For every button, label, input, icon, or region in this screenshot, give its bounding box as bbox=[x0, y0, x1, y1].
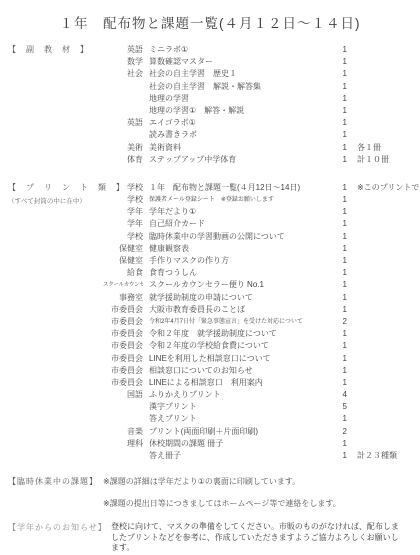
row-subject: 美術 bbox=[103, 142, 143, 154]
row-note bbox=[353, 129, 412, 141]
table-row: 市委員会令和2年4月7日付「緊急事態宣言」を受けた対応について2 bbox=[103, 316, 420, 328]
homework-note: ※課題の提出日等につきましてはホームページ等で連絡をします。 bbox=[103, 498, 341, 510]
table-row: 市委員会令和２年度 就学援助制度について1 bbox=[103, 328, 420, 340]
row-note bbox=[353, 105, 412, 117]
row-count: 1 bbox=[329, 105, 347, 117]
section-grade-notice: 【学年からのお知らせ】 登校に向けて、マスクの準備をしてください。市販のものがな… bbox=[8, 522, 412, 554]
row-item: LINEを利用した相談窓口について bbox=[149, 353, 323, 365]
row-note bbox=[353, 44, 412, 56]
table-row: 学校１年 配布物と課題一覧(４月12日～14日)1※このプリントです。 bbox=[103, 182, 420, 194]
row-item: 読み書きラボ bbox=[149, 129, 323, 141]
homework-notes: ※課題の詳細は学年だより①の裏面に印刷しています。 ※課題の提出日等につきまして… bbox=[103, 476, 341, 510]
row-subject: 社会 bbox=[103, 68, 143, 80]
row-subject: 学校 bbox=[103, 231, 143, 243]
row-subject: 事務室 bbox=[103, 292, 143, 304]
row-subject: 市委員会 bbox=[103, 316, 143, 328]
row-subject: 保健室 bbox=[103, 255, 143, 267]
row-note bbox=[353, 316, 420, 328]
row-count: 1 bbox=[329, 129, 347, 141]
row-note bbox=[353, 218, 420, 230]
row-item: 学年だより① bbox=[149, 206, 323, 218]
row-subject: 音楽 bbox=[103, 426, 143, 438]
row-item: 健康観察表 bbox=[149, 243, 323, 255]
row-item: 地理の学習① 解答・解説 bbox=[149, 105, 323, 117]
row-count: 1 bbox=[329, 44, 347, 56]
row-subject: 給食 bbox=[103, 267, 143, 279]
row-item: 保護者メール登録シート ※登録お願いします bbox=[149, 194, 323, 206]
row-item: 自己紹介カード bbox=[149, 218, 323, 230]
row-item: 算数確認マスター bbox=[149, 56, 323, 68]
table-row: 学校保護者メール登録シート ※登録お願いします1 bbox=[103, 194, 420, 206]
row-subject: 保健室 bbox=[103, 243, 143, 255]
row-item: 社会の自主学習 解説・解答集 bbox=[149, 81, 323, 93]
row-count: 1 bbox=[329, 154, 347, 166]
table-row: 市委員会大阪市教育委員長のことば1 bbox=[103, 304, 420, 316]
row-item: 令和２年度 就学援助制度について bbox=[149, 328, 323, 340]
row-subject: 数学 bbox=[103, 56, 143, 68]
row-note bbox=[353, 365, 420, 377]
row-item: スクールカウンセラー便り No.1 bbox=[149, 279, 323, 291]
row-count: 2 bbox=[329, 316, 347, 328]
row-item: 漢字プリント bbox=[149, 401, 323, 413]
row-item: 答え冊子 bbox=[149, 450, 323, 462]
row-item: 答えプリント bbox=[149, 413, 323, 425]
row-note bbox=[353, 292, 420, 304]
row-count: 1 bbox=[329, 304, 347, 316]
row-item: 相談窓口についてのお知らせ bbox=[149, 365, 323, 377]
row-count: 1 bbox=[329, 194, 347, 206]
table-row: 答え冊子1計２３種類 bbox=[103, 450, 420, 462]
row-count: 1 bbox=[329, 450, 347, 462]
section-label-column: 【臨時休業中の課題】 bbox=[8, 476, 103, 510]
table-row: 美術美術資料1各１冊 bbox=[103, 142, 412, 154]
row-subject: 英語 bbox=[103, 44, 143, 56]
row-note bbox=[353, 231, 420, 243]
row-count: 2 bbox=[329, 426, 347, 438]
row-note bbox=[353, 304, 420, 316]
row-note bbox=[353, 353, 420, 365]
row-item: 就学援助制度の申請について bbox=[149, 292, 323, 304]
supplementary-materials-table: 英語ミニラボ①1数学算数確認マスター1社会社会の自主学習 歴史１1社会の自主学習… bbox=[103, 44, 412, 166]
row-subject bbox=[103, 105, 143, 117]
table-row: スクールカウンセラースクールカウンセラー便り No.11 bbox=[103, 279, 420, 291]
row-count: 4 bbox=[329, 389, 347, 401]
row-subject bbox=[103, 81, 143, 93]
row-note bbox=[353, 389, 420, 401]
row-count: 1 bbox=[329, 353, 347, 365]
row-count: 1 bbox=[329, 267, 347, 279]
row-count: 1 bbox=[329, 255, 347, 267]
table-row: 地理の学習① 解答・解説1 bbox=[103, 105, 412, 117]
row-item: 令和２年度の学校給食費について bbox=[149, 340, 323, 352]
row-subject: 学年 bbox=[103, 218, 143, 230]
row-subject: 学年 bbox=[103, 206, 143, 218]
section-label: 【 副 教 材 】 bbox=[8, 44, 103, 55]
page-title: １年 配布物と課題一覧(４月１２日～１４日) bbox=[8, 12, 412, 32]
row-subject bbox=[103, 93, 143, 105]
table-row: 学年自己紹介カード1 bbox=[103, 218, 420, 230]
row-item: １年 配布物と課題一覧(４月12日～14日) bbox=[149, 182, 323, 194]
row-subject: 市委員会 bbox=[103, 365, 143, 377]
table-row: 保健室手作りマスクの作り方1 bbox=[103, 255, 420, 267]
row-note bbox=[353, 194, 420, 206]
row-subject: 体育 bbox=[103, 154, 143, 166]
row-count: 5 bbox=[329, 401, 347, 413]
row-count: 1 bbox=[329, 413, 347, 425]
row-item: プリント(両面印刷＋片面印刷) bbox=[149, 426, 323, 438]
section-sublabel: （すべて封筒の中に在中） bbox=[8, 196, 103, 205]
row-note: 計１０冊 bbox=[353, 154, 412, 166]
row-note bbox=[353, 426, 420, 438]
row-note bbox=[353, 267, 420, 279]
section-label: 【 プ リ ン ト 類 】 bbox=[8, 182, 103, 193]
row-item: 地理の学習 bbox=[149, 93, 323, 105]
section-label-column: 【学年からのお知らせ】 bbox=[8, 522, 103, 554]
row-item: ふりかえりプリント bbox=[149, 389, 323, 401]
row-count: 1 bbox=[329, 206, 347, 218]
row-note bbox=[353, 340, 420, 352]
row-count: 1 bbox=[329, 56, 347, 68]
table-row: 事務室就学援助制度の申請について1 bbox=[103, 292, 420, 304]
row-count: 1 bbox=[329, 218, 347, 230]
row-count: 1 bbox=[329, 117, 347, 129]
table-row: 数学算数確認マスター1 bbox=[103, 56, 412, 68]
row-item: 食育つうしん bbox=[149, 267, 323, 279]
section-label-column: 【 プ リ ン ト 類 】 （すべて封筒の中に在中） bbox=[8, 182, 103, 205]
table-row: 社会社会の自主学習 歴史１1 bbox=[103, 68, 412, 80]
row-note: ※このプリントです。 bbox=[353, 182, 420, 194]
row-note bbox=[353, 328, 420, 340]
row-subject bbox=[103, 413, 143, 425]
table-row: 学年学年だより①1 bbox=[103, 206, 420, 218]
section-supplementary-materials: 【 副 教 材 】 英語ミニラボ①1数学算数確認マスター1社会社会の自主学習 歴… bbox=[8, 44, 412, 166]
row-note bbox=[353, 68, 412, 80]
row-subject: スクールカウンセラー bbox=[103, 279, 143, 291]
table-row: 英語ミニラボ①1 bbox=[103, 44, 412, 56]
row-note bbox=[353, 56, 412, 68]
row-subject bbox=[103, 450, 143, 462]
row-count: 1 bbox=[329, 438, 347, 450]
row-note bbox=[353, 377, 420, 389]
row-count: 1 bbox=[329, 68, 347, 80]
row-note bbox=[353, 401, 420, 413]
section-spacer bbox=[8, 166, 412, 182]
section-label: 【臨時休業中の課題】 bbox=[8, 476, 103, 487]
row-note bbox=[353, 206, 420, 218]
table-row: 英語エイゴラボ①1 bbox=[103, 117, 412, 129]
homework-note: ※課題の詳細は学年だより①の裏面に印刷しています。 bbox=[103, 476, 341, 488]
row-count: 1 bbox=[329, 292, 347, 304]
table-row: 読み書きラボ1 bbox=[103, 129, 412, 141]
row-item: エイゴラボ① bbox=[149, 117, 323, 129]
row-note bbox=[353, 243, 420, 255]
row-subject: 市委員会 bbox=[103, 340, 143, 352]
prints-table: 学校１年 配布物と課題一覧(４月12日～14日)1※このプリントです。学校保護者… bbox=[103, 182, 420, 462]
table-row: 社会の自主学習 解説・解答集1 bbox=[103, 81, 412, 93]
row-subject: 理科 bbox=[103, 438, 143, 450]
table-row: 学校臨時休業中の学習動画の公開について1 bbox=[103, 231, 420, 243]
row-subject bbox=[103, 129, 143, 141]
row-note bbox=[353, 413, 420, 425]
row-item: ミニラボ① bbox=[149, 44, 323, 56]
row-item: 社会の自主学習 歴史１ bbox=[149, 68, 323, 80]
row-count: 1 bbox=[329, 365, 347, 377]
table-row: 市委員会LINEを利用した相談窓口について1 bbox=[103, 353, 420, 365]
row-item: 大阪市教育委員長のことば bbox=[149, 304, 323, 316]
row-count: 1 bbox=[329, 182, 347, 194]
table-row: 漢字プリント5 bbox=[103, 401, 420, 413]
row-note: 計２３種類 bbox=[353, 450, 420, 462]
table-row: 保健室健康観察表1 bbox=[103, 243, 420, 255]
row-subject bbox=[103, 401, 143, 413]
section-label: 【学年からのお知らせ】 bbox=[8, 522, 103, 533]
row-note bbox=[353, 81, 412, 93]
row-note bbox=[353, 255, 420, 267]
row-count: 1 bbox=[329, 243, 347, 255]
row-subject: 学校 bbox=[103, 194, 143, 206]
section-homework-notes: 【臨時休業中の課題】 ※課題の詳細は学年だより①の裏面に印刷しています。 ※課題… bbox=[8, 476, 412, 510]
table-row: 市委員会令和２年度の学校給食費について1 bbox=[103, 340, 420, 352]
row-note bbox=[353, 438, 420, 450]
row-count: 1 bbox=[329, 231, 347, 243]
row-item: 臨時休業中の学習動画の公開について bbox=[149, 231, 323, 243]
table-row: 市委員会相談窓口についてのお知らせ1 bbox=[103, 365, 420, 377]
grade-notice-text: 登校に向けて、マスクの準備をしてください。市販のものがなければ、配布しましたプリ… bbox=[103, 522, 412, 554]
table-row: 給食食育つうしん1 bbox=[103, 267, 420, 279]
row-count: 1 bbox=[329, 142, 347, 154]
section-prints: 【 プ リ ン ト 類 】 （すべて封筒の中に在中） 学校１年 配布物と課題一覧… bbox=[8, 182, 412, 462]
row-subject: 英語 bbox=[103, 117, 143, 129]
row-subject: 市委員会 bbox=[103, 304, 143, 316]
table-row: 答えプリント1 bbox=[103, 413, 420, 425]
row-item: 美術資料 bbox=[149, 142, 323, 154]
row-note bbox=[353, 117, 412, 129]
row-count: 1 bbox=[329, 340, 347, 352]
row-item: 休校期間の課題 冊子 bbox=[149, 438, 323, 450]
row-subject: 市委員会 bbox=[103, 353, 143, 365]
row-subject: 市委員会 bbox=[103, 328, 143, 340]
row-note bbox=[353, 279, 420, 291]
row-note bbox=[353, 93, 412, 105]
table-row: 音楽プリント(両面印刷＋片面印刷)2 bbox=[103, 426, 420, 438]
row-item: LINEによる相談窓口 利用案内 bbox=[149, 377, 323, 389]
table-row: 国語ふりかえりプリント4 bbox=[103, 389, 420, 401]
row-count: 1 bbox=[329, 93, 347, 105]
table-row: 体育ステップアップ中学体育1計１０冊 bbox=[103, 154, 412, 166]
row-item: ステップアップ中学体育 bbox=[149, 154, 323, 166]
row-count: 1 bbox=[329, 328, 347, 340]
table-row: 理科休校期間の課題 冊子1 bbox=[103, 438, 420, 450]
row-subject: 国語 bbox=[103, 389, 143, 401]
row-note: 各１冊 bbox=[353, 142, 412, 154]
row-count: 1 bbox=[329, 81, 347, 93]
row-subject: 学校 bbox=[103, 182, 143, 194]
row-item: 令和2年4月7日付「緊急事態宣言」を受けた対応について bbox=[149, 316, 323, 328]
row-item: 手作りマスクの作り方 bbox=[149, 255, 323, 267]
row-count: 1 bbox=[329, 377, 347, 389]
section-label-column: 【 副 教 材 】 bbox=[8, 44, 103, 55]
row-subject: 市委員会 bbox=[103, 377, 143, 389]
document-page: １年 配布物と課題一覧(４月１２日～１４日) 【 副 教 材 】 英語ミニラボ①… bbox=[0, 0, 420, 555]
table-row: 市委員会LINEによる相談窓口 利用案内1 bbox=[103, 377, 420, 389]
table-row: 地理の学習1 bbox=[103, 93, 412, 105]
row-count: 1 bbox=[329, 279, 347, 291]
